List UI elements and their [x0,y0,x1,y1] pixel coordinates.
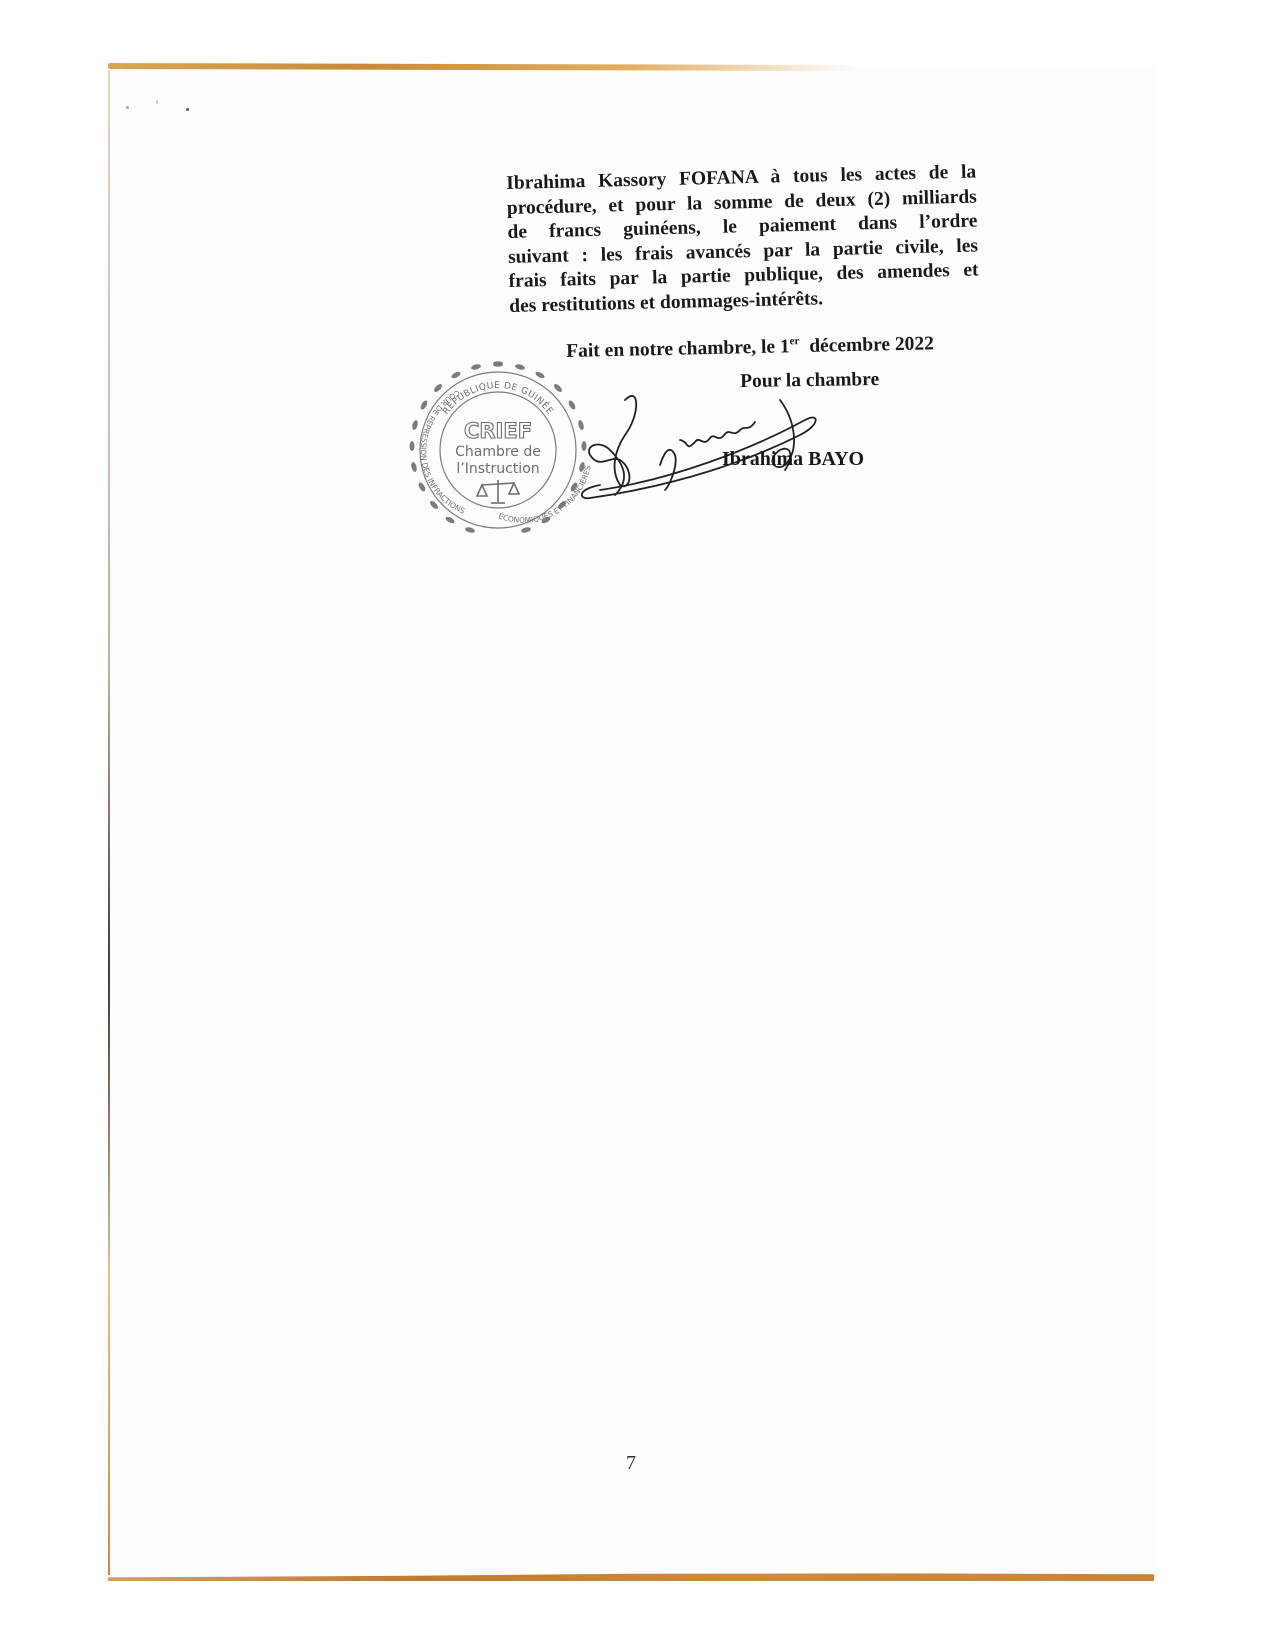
judgment-paragraph: Ibrahima Kassory FOFANA à tous les actes… [506,161,979,319]
signature-icon [570,380,850,510]
date-prefix: Fait en notre chambre, le 1 [566,336,790,362]
svg-text:CRIEF: CRIEF [464,419,532,443]
page-edge-left [108,70,110,1575]
date-superscript: er [789,335,799,347]
page-number: 7 [626,1452,636,1475]
date-suffix: décembre 2022 [799,333,934,357]
svg-text:Chambre de: Chambre de [455,444,541,460]
svg-text:l’Instruction: l’Instruction [456,461,539,477]
signer-name: Ibrahima BAYO [722,448,864,471]
scan-specks [126,100,206,114]
crief-stamp-icon: RÉPUBLIQUE DE GUINÉE COUR DE RÉPRESSION … [398,350,598,550]
svg-text:RÉPUBLIQUE DE GUINÉE: RÉPUBLIQUE DE GUINÉE [441,381,554,417]
